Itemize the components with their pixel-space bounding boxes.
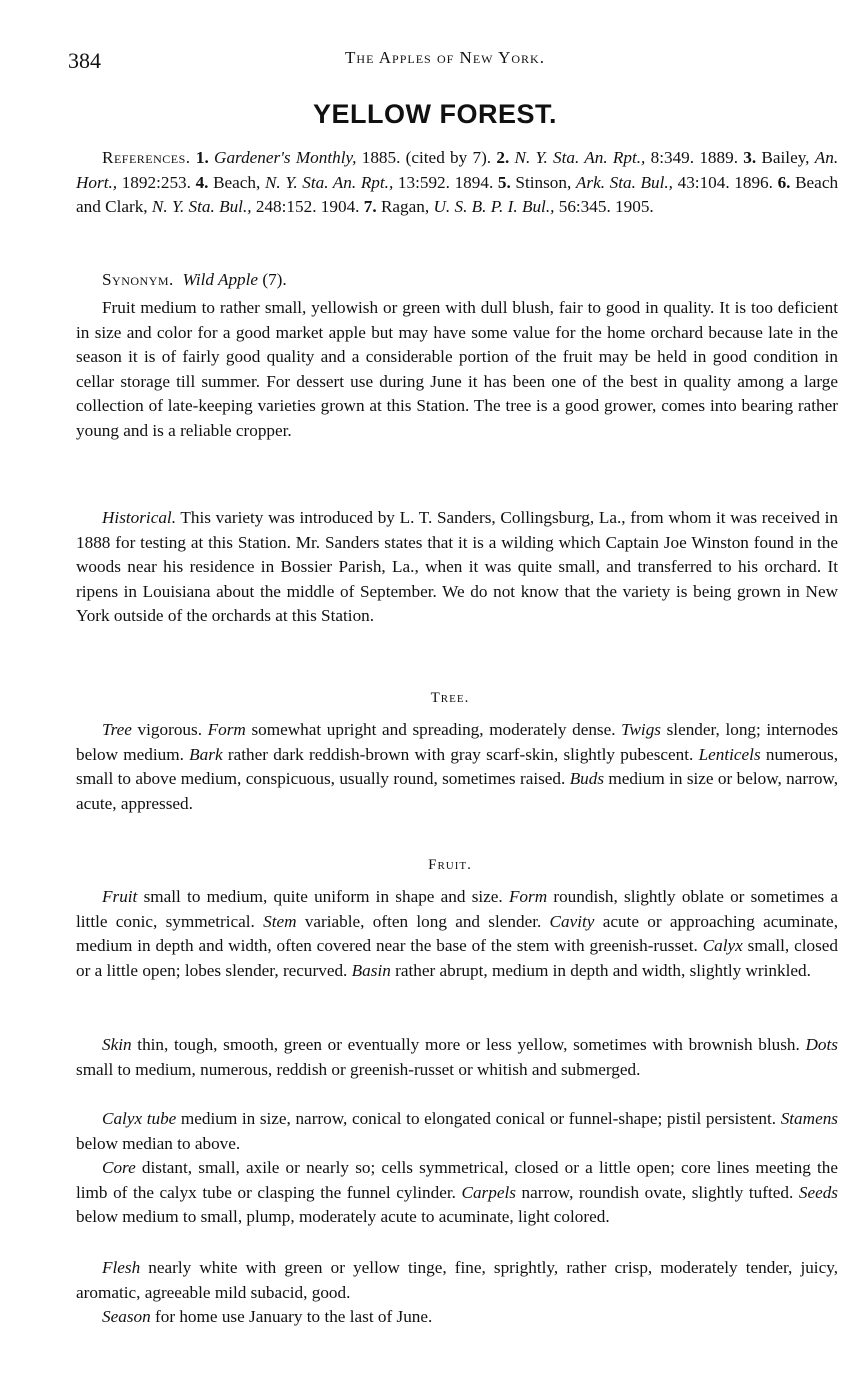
ref-source: Ark. Sta. Bul., [576, 173, 673, 192]
ref-detail: 43:104. 1896. [678, 173, 773, 192]
description: rather dark reddish-brown with gray scar… [223, 745, 699, 764]
ref-detail: 1885. (cited by 7). [362, 148, 491, 167]
term: Basin [352, 961, 391, 980]
tree-paragraph: Tree vigorous. Form somewhat upright and… [76, 718, 838, 816]
ref-source: N. Y. Sta. Bul., [152, 197, 252, 216]
term: Flesh [102, 1258, 140, 1277]
description: nearly white with green or yellow tinge,… [76, 1258, 838, 1302]
ref-source: Gardener's Monthly, [214, 148, 356, 167]
synonym-label: Synonym. [102, 270, 174, 289]
term: Stem [263, 912, 296, 931]
term: Twigs [621, 720, 661, 739]
term: Calyx [703, 936, 743, 955]
ref-source: U. S. B. P. I. Bul., [433, 197, 554, 216]
running-head: The Apples of New York. [0, 48, 850, 68]
variety-title: YELLOW FOREST. [0, 99, 850, 130]
term: Carpels [462, 1183, 516, 1202]
description: small to medium, quite uniform in shape … [137, 887, 509, 906]
description: for home use January to the last of June… [151, 1307, 433, 1326]
description: variable, often long and slender. [297, 912, 550, 931]
historical-label: Historical. [102, 508, 176, 527]
description: below median to above. [76, 1134, 240, 1153]
fruit-section-heading: Fruit. [0, 857, 850, 874]
description: narrow, roundish ovate, slightly tufted. [516, 1183, 799, 1202]
term: Fruit [102, 887, 137, 906]
description: rather abrupt, medium in depth and width… [391, 961, 811, 980]
historical-block: Historical. This variety was introduced … [76, 506, 838, 629]
fruit-block: Fruit small to medium, quite uniform in … [76, 885, 838, 983]
term: Form [208, 720, 246, 739]
ref-detail: 56:345. 1905. [559, 197, 654, 216]
historical-text: This variety was introduced by L. T. San… [76, 508, 838, 625]
flesh-block: Flesh nearly white with green or yellow … [76, 1256, 838, 1305]
description: medium in size, narrow, conical to elong… [176, 1109, 780, 1128]
ref-number: 2. [496, 148, 509, 167]
term: Bark [189, 745, 222, 764]
references-paragraph: References. 1. Gardener's Monthly, 1885.… [76, 146, 838, 220]
term: Lenticels [699, 745, 761, 764]
flesh-paragraph: Flesh nearly white with green or yellow … [76, 1256, 838, 1305]
references-block: References. 1. Gardener's Monthly, 1885.… [76, 146, 838, 220]
synonym-value: Wild Apple [182, 270, 258, 289]
intro-block: Fruit medium to rather small, yellowish … [76, 296, 838, 443]
description: small to medium, numerous, reddish or gr… [76, 1060, 640, 1079]
synonym-ref: (7). [262, 270, 286, 289]
core-block: Core distant, small, axile or nearly so;… [76, 1156, 838, 1230]
ref-detail: 13:592. 1894. [398, 173, 493, 192]
description: somewhat upright and spreading, moderate… [246, 720, 621, 739]
skin-paragraph: Skin thin, tough, smooth, green or event… [76, 1033, 838, 1082]
term: Form [509, 887, 547, 906]
ref-source: N. Y. Sta. An. Rpt., [515, 148, 646, 167]
season-block: Season for home use January to the last … [76, 1305, 838, 1330]
description: thin, tough, smooth, green or eventually… [132, 1035, 806, 1054]
synonym-block: Synonym. Wild Apple (7). [76, 268, 838, 293]
ref-number: 5. [498, 173, 511, 192]
term: Tree [102, 720, 132, 739]
term: Dots [806, 1035, 838, 1054]
ref-detail: 1892:253. [122, 173, 191, 192]
skin-block: Skin thin, tough, smooth, green or event… [76, 1033, 838, 1082]
description: below medium to small, plump, moderately… [76, 1207, 610, 1226]
description: vigorous. [132, 720, 208, 739]
ref-author: Beach, [213, 173, 260, 192]
calyx-tube-block: Calyx tube medium in size, narrow, conic… [76, 1107, 838, 1156]
ref-number: 7. [364, 197, 377, 216]
historical-paragraph: Historical. This variety was introduced … [76, 506, 838, 629]
ref-number: 3. [743, 148, 756, 167]
core-paragraph: Core distant, small, axile or nearly so;… [76, 1156, 838, 1230]
tree-block: Tree vigorous. Form somewhat upright and… [76, 718, 838, 816]
ref-detail: 248:152. 1904. [256, 197, 360, 216]
ref-number: 1. [196, 148, 209, 167]
term: Seeds [799, 1183, 838, 1202]
tree-section-heading: Tree. [0, 690, 850, 707]
ref-detail: 8:349. 1889. [651, 148, 738, 167]
term: Core [102, 1158, 136, 1177]
synonym-paragraph: Synonym. Wild Apple (7). [76, 268, 838, 293]
ref-author: Ragan, [381, 197, 429, 216]
term: Cavity [550, 912, 595, 931]
calyx-tube-paragraph: Calyx tube medium in size, narrow, conic… [76, 1107, 838, 1156]
intro-paragraph: Fruit medium to rather small, yellowish … [76, 296, 838, 443]
term: Calyx tube [102, 1109, 176, 1128]
ref-number: 4. [196, 173, 209, 192]
references-label: References. [102, 148, 191, 167]
ref-source: N. Y. Sta. An. Rpt., [265, 173, 393, 192]
fruit-paragraph: Fruit small to medium, quite uniform in … [76, 885, 838, 983]
ref-author: Bailey, [761, 148, 809, 167]
ref-number: 6. [778, 173, 791, 192]
term: Stamens [781, 1109, 838, 1128]
ref-author: Stinson, [515, 173, 571, 192]
term: Buds [570, 769, 604, 788]
season-paragraph: Season for home use January to the last … [76, 1305, 838, 1330]
term: Season [102, 1307, 151, 1326]
term: Skin [102, 1035, 132, 1054]
